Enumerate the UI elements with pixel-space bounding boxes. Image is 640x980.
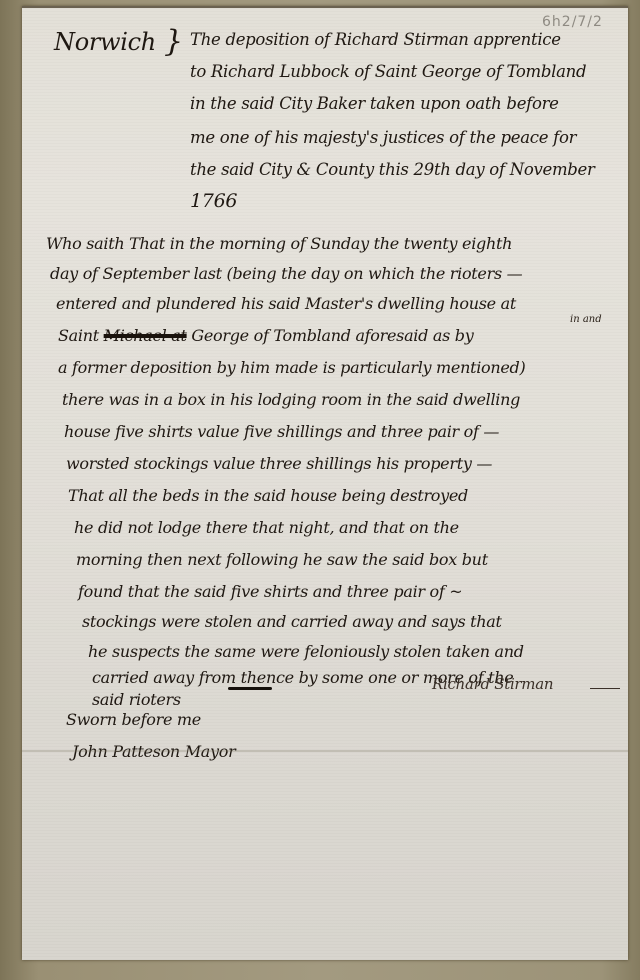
heading-line-5: the said City & County this 29th day of …	[190, 160, 595, 179]
brace-mark: }	[164, 24, 183, 59]
heading-line-4: me one of his majesty's justices of the …	[190, 128, 576, 147]
body-line-6: there was in a box in his lodging room i…	[62, 390, 520, 409]
saint-rest: George of Tombland aforesaid as by	[191, 326, 473, 345]
deponent-signature: Richard Stirman	[432, 675, 553, 693]
body-line-10: he did not lodge there that night, and t…	[74, 518, 459, 537]
heading-line-3: in the said City Baker taken upon oath b…	[190, 94, 559, 113]
struck-out-text: Michael at	[104, 326, 187, 345]
interlineation: in and	[570, 314, 602, 325]
body-line-3: entered and plundered his said Master's …	[56, 294, 516, 313]
date-year: 1766	[190, 190, 237, 212]
body-line-16: said rioters	[92, 690, 181, 709]
body-line-7: house five shirts value five shillings a…	[64, 422, 499, 441]
line-filler-dash	[228, 687, 272, 690]
body-line-11: morning then next following he saw the s…	[76, 550, 488, 569]
sworn-before-label: Sworn before me	[66, 710, 201, 729]
body-line-9: That all the beds in the said house bein…	[68, 486, 468, 505]
signature-flourish	[590, 688, 620, 689]
body-line-12: found that the said five shirts and thre…	[78, 582, 462, 601]
body-line-13: stockings were stolen and carried away a…	[82, 612, 502, 631]
archive-reference: 6h2/7/2	[542, 14, 603, 30]
manuscript-page: 6h2/7/2 Norwich } The deposition of Rich…	[22, 6, 628, 960]
body-line-5: a former deposition by him made is parti…	[58, 358, 525, 377]
heading-line-2: to Richard Lubbock of Saint George of To…	[190, 62, 586, 81]
heading-line-1: The deposition of Richard Stirman appren…	[190, 30, 561, 49]
body-line-2: day of September last (being the day on …	[50, 264, 522, 283]
body-line-4-saint: Saint Michael at George of Tombland afor…	[58, 326, 473, 345]
mayor-signature: John Patteson Mayor	[72, 742, 235, 761]
body-line-14: he suspects the same were feloniously st…	[88, 642, 524, 661]
place-name: Norwich	[54, 28, 156, 56]
body-line-1: Who saith That in the morning of Sunday …	[46, 234, 512, 253]
saint-prefix: Saint	[58, 326, 99, 345]
body-line-8: worsted stockings value three shillings …	[66, 454, 492, 473]
